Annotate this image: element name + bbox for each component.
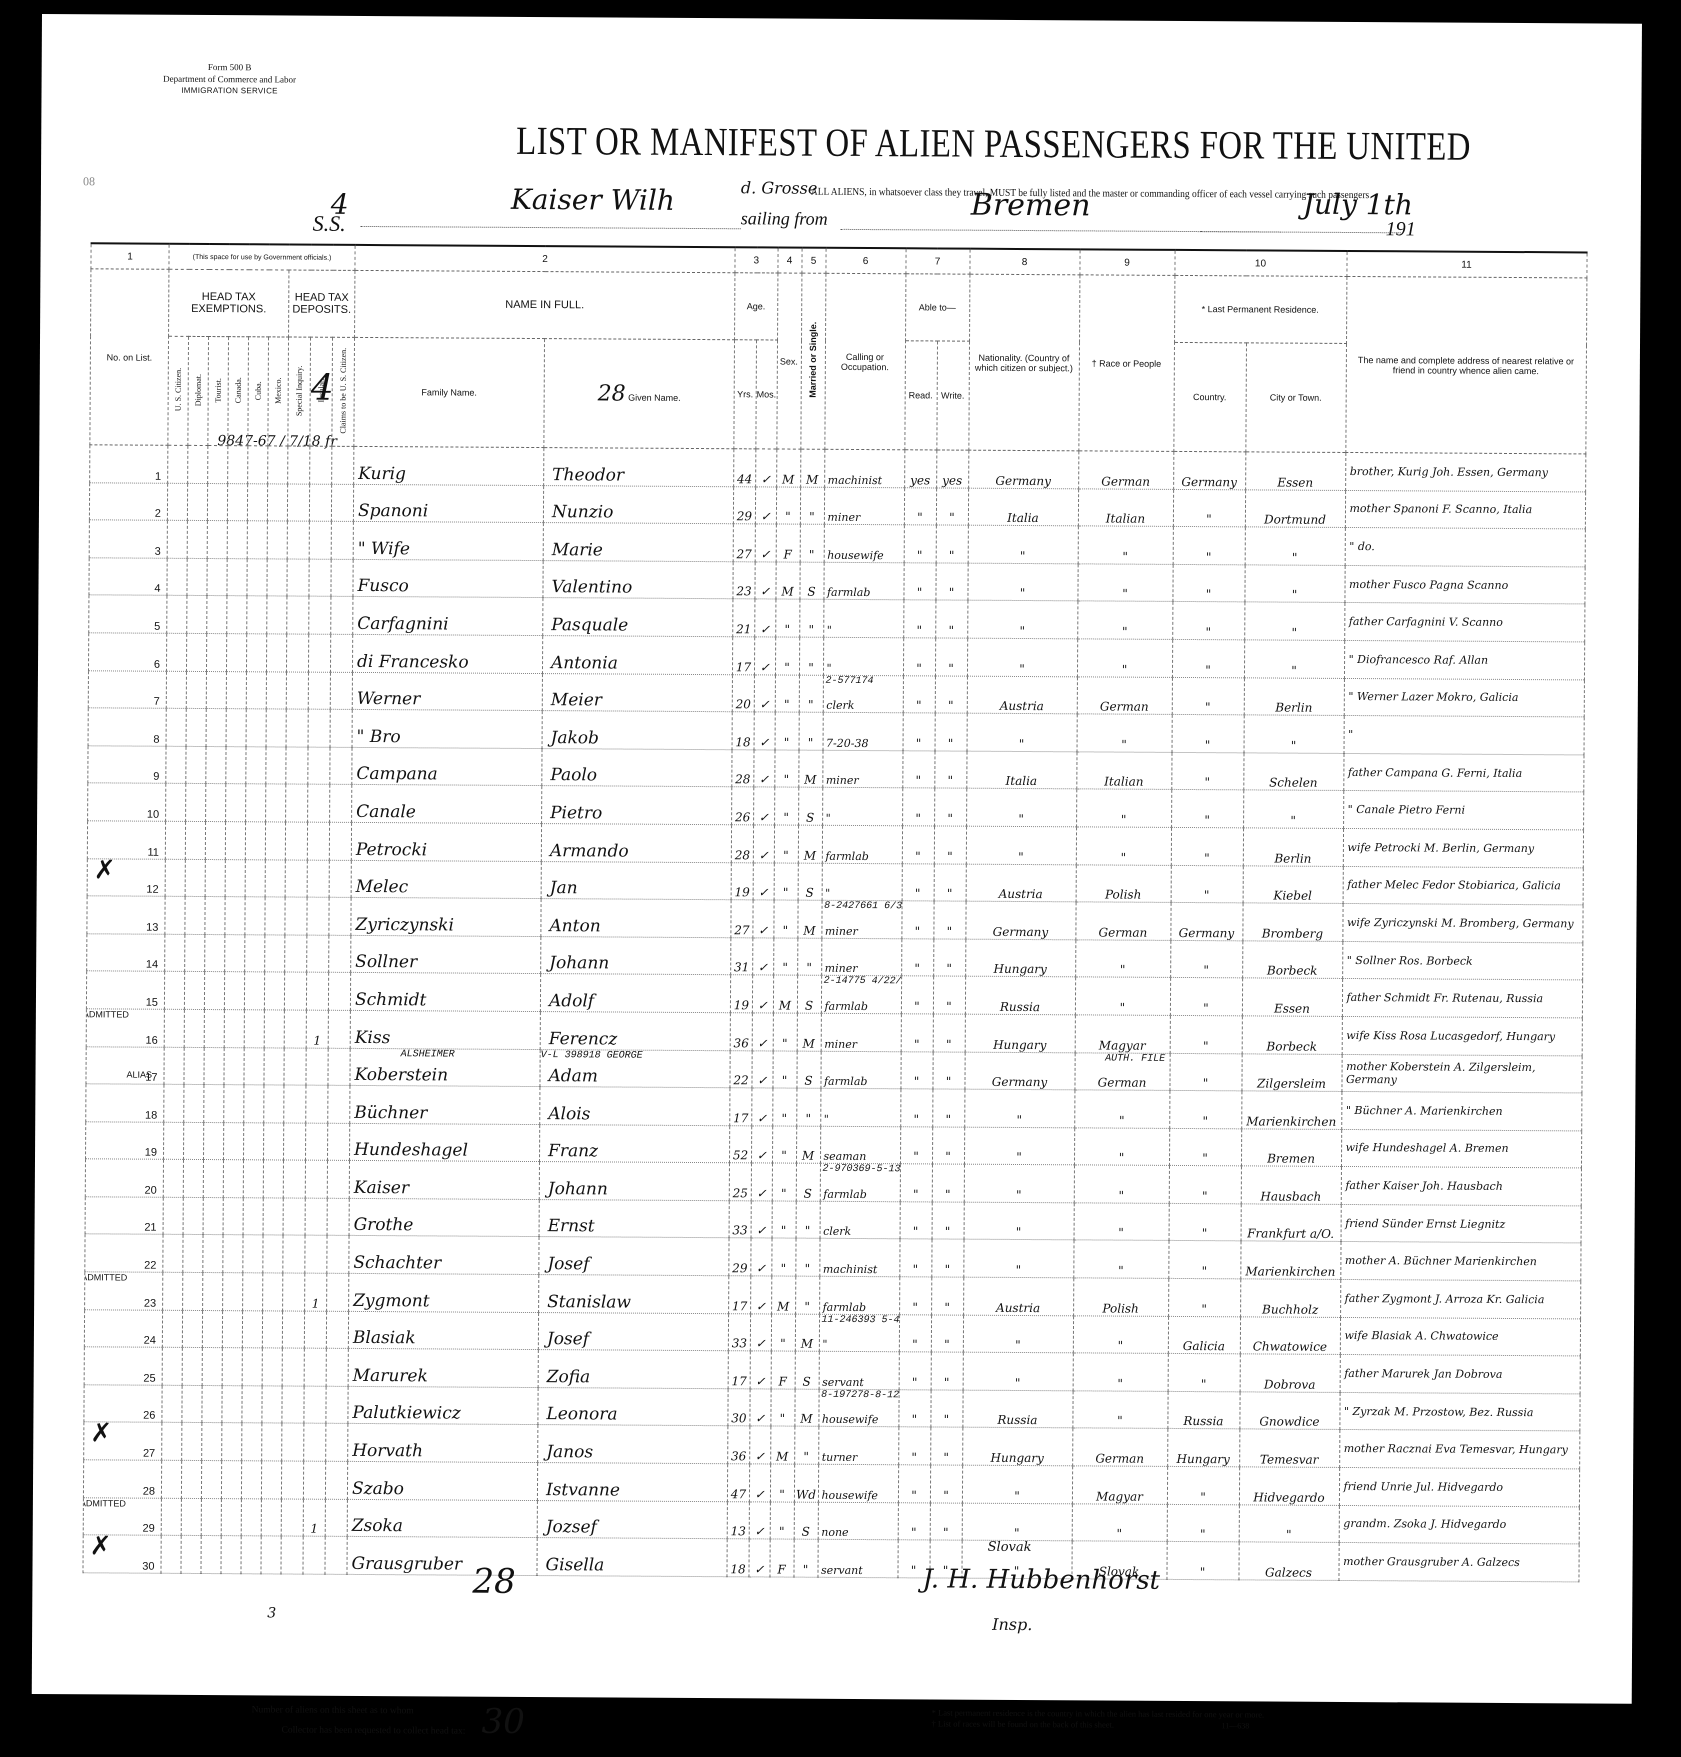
- exemption-cell: [206, 671, 226, 709]
- col-8: 8: [969, 249, 1079, 275]
- sex: ": [775, 637, 799, 675]
- exemption-cell: [183, 1235, 203, 1273]
- can-write: ": [935, 563, 967, 601]
- claims-citizen-cell: [329, 935, 351, 973]
- nearest-relative: grandm. Zsoka J. Hidvegardo: [1339, 1505, 1579, 1544]
- exemption-cell: [264, 1047, 284, 1085]
- special-inquiry-cell: [281, 1461, 303, 1499]
- can-write: ": [933, 901, 965, 939]
- race: German: [1075, 902, 1170, 940]
- residence-city: Berlin: [1243, 828, 1343, 866]
- nationality: Italia: [966, 751, 1076, 789]
- residence-city: Gnowdice: [1239, 1392, 1339, 1430]
- diplomat-header: Diplomat.: [188, 336, 209, 445]
- nearest-relative: " Büchner A. Marienkirchen: [1341, 1092, 1581, 1131]
- special-inquiry-cell: [282, 1423, 304, 1461]
- occupation: servant: [819, 1352, 899, 1390]
- exemption-cell: [181, 1460, 201, 1498]
- sex: M: [773, 975, 797, 1013]
- row-number: 24: [84, 1309, 162, 1347]
- nearest-relative: friend Unrie Jul. Hidvegardo: [1339, 1467, 1579, 1506]
- given-name: Zofia: [538, 1350, 728, 1389]
- nearest-relative: friend Sünder Ernst Liegnitz: [1341, 1204, 1581, 1243]
- exemption-cell: [166, 633, 186, 671]
- col-3: 3: [735, 247, 778, 273]
- exemption-cell: [203, 1235, 223, 1273]
- exemption-cell: [244, 1010, 264, 1048]
- family-name-header: Family Name.: [354, 337, 545, 447]
- sex: ": [772, 1088, 796, 1126]
- given-name: Valentino: [543, 560, 733, 599]
- exemption-cell: [167, 596, 187, 634]
- race: ": [1076, 789, 1171, 827]
- exemption-cell: [247, 559, 267, 597]
- marital-status: ": [795, 1276, 819, 1314]
- calling-header: Calling or Occupation.: [824, 273, 905, 449]
- residence-city: Berlin: [1244, 677, 1344, 715]
- special-inquiry-cell: [282, 1348, 304, 1386]
- given-name: Alois: [540, 1087, 730, 1126]
- family-name: Fusco: [353, 559, 543, 598]
- exemption-cell: [267, 483, 287, 521]
- exemption-cell: [202, 1423, 222, 1461]
- row-number: 26: [84, 1385, 162, 1423]
- nationality: Hungary: [962, 1428, 1072, 1466]
- nationality: Germany: [968, 450, 1078, 488]
- yrs-header: Yrs.: [734, 340, 757, 449]
- occupation: 2-14775 4/22/31 Rech 7/20/37farmlab: [821, 976, 901, 1014]
- no-on-list-header: No. on List.: [90, 269, 169, 445]
- can-read: ": [901, 1014, 933, 1052]
- occupation: machinist: [824, 449, 904, 487]
- nearest-relative: " do.: [1345, 528, 1585, 567]
- can-write: ": [931, 1352, 963, 1390]
- race: ": [1074, 1128, 1169, 1166]
- claims-citizen-cell: [328, 973, 350, 1011]
- can-write: ": [935, 638, 967, 676]
- insular-cell: [308, 672, 330, 710]
- exemption-cell: [186, 671, 206, 709]
- exemption-cell: [243, 1235, 263, 1273]
- age-months: ✓: [756, 449, 777, 487]
- marital-status: ": [794, 1427, 818, 1465]
- row-number: 13: [87, 896, 165, 934]
- occupation: miner: [821, 1013, 901, 1051]
- nearest-relative: mother Fusco Pagna Scanno: [1344, 565, 1584, 604]
- can-read: ": [899, 1314, 931, 1352]
- given-name: Jakob: [542, 711, 732, 750]
- residence-city: Frankfurt a/O.: [1241, 1204, 1341, 1242]
- city-header: City or Town.: [1245, 343, 1346, 453]
- exemption-cell: [246, 671, 266, 709]
- occupation: turner: [818, 1427, 898, 1465]
- can-read: ": [903, 563, 935, 601]
- special-inquiry-cell: [287, 559, 309, 597]
- age-months: ✓: [754, 787, 775, 825]
- exemption-cell: [163, 1235, 183, 1273]
- nearest-relative: wife Petrocki M. Berlin, Germany: [1343, 828, 1583, 867]
- exemption-cell: [223, 1235, 243, 1273]
- race: ": [1072, 1503, 1167, 1541]
- can-write: ": [930, 1390, 962, 1428]
- sex: M: [770, 1426, 794, 1464]
- exemption-cell: [265, 897, 285, 935]
- special-inquiry-cell: [282, 1386, 304, 1424]
- sex: ": [773, 1013, 797, 1051]
- occupation: machinist: [819, 1239, 899, 1277]
- exemption-cell: [224, 1085, 244, 1123]
- can-write: ": [930, 1465, 962, 1503]
- can-write: ": [936, 488, 968, 526]
- marital-status: S: [797, 975, 821, 1013]
- nearest-relative: " Canale Pietro Ferni: [1343, 791, 1583, 830]
- age-years: 36: [730, 1013, 752, 1051]
- can-read: ": [898, 1465, 930, 1503]
- given-name: Meier: [542, 673, 732, 712]
- claims-citizen-cell: [326, 1424, 348, 1462]
- gov-space-note: (This space for use by Government offici…: [169, 244, 355, 271]
- special-inquiry-cell: [286, 747, 308, 785]
- exemption-cell: [164, 1122, 184, 1160]
- residence-city: Galzecs: [1238, 1542, 1338, 1580]
- can-write: ": [932, 1202, 964, 1240]
- nationality: ": [963, 1352, 1073, 1390]
- given-name: Franz: [539, 1124, 729, 1163]
- family-name: Zsoka: [347, 1499, 537, 1538]
- exemption-cell: [162, 1310, 182, 1348]
- sailing-date: July 1th: [1303, 188, 1413, 222]
- exemption-cell: [162, 1348, 182, 1386]
- table-row: ✗30GrausgruberGisella18✓F"servant"""Slov…: [83, 1535, 1579, 1582]
- col-5: 5: [801, 248, 825, 274]
- claims-citizen-cell: [325, 1499, 347, 1537]
- family-name: Canale: [352, 785, 542, 824]
- nearest-relative: wife Hundeshagel A. Bremen: [1341, 1129, 1581, 1168]
- claims-citizen-cell: [330, 709, 352, 747]
- exemption-cell: [225, 897, 245, 935]
- family-name: Horvath: [348, 1424, 538, 1463]
- age-months: ✓: [751, 1126, 772, 1164]
- exemption-cell: [207, 596, 227, 634]
- special-inquiry-cell: [281, 1536, 303, 1574]
- exemption-cell: [164, 972, 184, 1010]
- can-write: ": [932, 1089, 964, 1127]
- age-years: 33: [729, 1201, 751, 1239]
- sex-header: Sex.: [776, 273, 801, 449]
- family-name: Sollner: [351, 935, 541, 974]
- exemption-cell: [187, 596, 207, 634]
- exemption-cell: [221, 1536, 241, 1574]
- family-name: Kurig: [354, 446, 544, 485]
- date-line: [1201, 231, 1401, 233]
- auth-file: AUTH. FILE 99398/918: [1105, 1053, 1170, 1065]
- can-read: ": [900, 1089, 932, 1127]
- insular-cell: [307, 935, 329, 973]
- occupation: housewife: [818, 1464, 898, 1502]
- exemption-cell: [266, 784, 286, 822]
- can-read: ": [900, 1126, 932, 1164]
- exemption-cell: [226, 746, 246, 784]
- residence-country: ": [1167, 1504, 1239, 1542]
- race: Magyar: [1075, 1015, 1170, 1053]
- exemption-cell: [182, 1385, 202, 1423]
- insular-header: Insular.4: [310, 337, 333, 446]
- exemption-cell: [201, 1536, 221, 1574]
- exemption-cell: [186, 633, 206, 671]
- col-11: 11: [1346, 251, 1586, 278]
- sex: ": [771, 1238, 795, 1276]
- special-inquiry-header: Special Inquiry.: [288, 337, 311, 446]
- exemption-cell: [203, 1160, 223, 1198]
- can-read: ": [899, 1239, 931, 1277]
- residence-city: Schelen: [1243, 753, 1343, 791]
- race: Italian: [1078, 488, 1173, 526]
- can-read: ": [902, 863, 934, 901]
- exemption-cell: [165, 821, 185, 859]
- can-read: ": [902, 751, 934, 789]
- sex: M: [776, 449, 800, 487]
- footer-line-1: Number of aliens on this sheet as to who…: [252, 1705, 414, 1716]
- exemption-cell: [201, 1461, 221, 1499]
- race: ": [1077, 639, 1172, 677]
- marital-status: S: [795, 1351, 819, 1389]
- family-name: Spanoni: [353, 484, 543, 523]
- age-years: 18: [732, 712, 754, 750]
- file-annotation: 2-14775 4/22/31 Rech 7/20/37: [824, 976, 902, 988]
- can-read: ": [899, 1277, 931, 1315]
- claims-citizen-cell: [326, 1349, 348, 1387]
- row-number: ADMITTED23: [85, 1272, 163, 1310]
- ship-name: Kaiser Wilh: [511, 183, 675, 217]
- given-name: Gisella: [537, 1538, 727, 1577]
- exemption-cell: [225, 822, 245, 860]
- can-write: ": [934, 751, 966, 789]
- exemption-cell: [185, 859, 205, 897]
- nationality: ": [964, 1127, 1074, 1165]
- exemption-cell: [241, 1536, 261, 1574]
- residence-country: ": [1167, 1466, 1239, 1504]
- nationality: Austria: [967, 676, 1077, 714]
- residence-city: Dobrova: [1240, 1354, 1340, 1392]
- exemption-cell: [227, 483, 247, 521]
- row-number: 10: [88, 783, 166, 821]
- nearest-relative: wife Blasiak A. Chwatowice: [1340, 1317, 1580, 1356]
- exemption-cell: [227, 558, 247, 596]
- race: ": [1072, 1391, 1167, 1429]
- residence-country: ": [1170, 978, 1242, 1016]
- insular-cell: [309, 484, 331, 522]
- sex: ": [776, 487, 800, 525]
- given-name: Pietro: [542, 786, 732, 825]
- marital-status: S: [796, 1051, 820, 1089]
- residence-city: ": [1244, 565, 1344, 603]
- special-inquiry-cell: [286, 709, 308, 747]
- insular-cell: [304, 1386, 326, 1424]
- exemption-cell: [167, 558, 187, 596]
- nationality: ": [967, 638, 1077, 676]
- row-number: 2: [89, 482, 167, 520]
- given-name: Istvanne: [537, 1463, 727, 1502]
- special-inquiry-cell: [286, 672, 308, 710]
- exemption-cell: [183, 1197, 203, 1235]
- age-years: 47: [727, 1464, 749, 1502]
- exemption-cell: [207, 521, 227, 559]
- occupation: farmlab: [819, 1276, 899, 1314]
- exemption-cell: [245, 897, 265, 935]
- exemption-cell: [263, 1235, 283, 1273]
- marital-status: ": [799, 675, 823, 713]
- claims-citizen-cell: [328, 1048, 350, 1086]
- col-4: 4: [777, 247, 801, 273]
- claims-citizen-cell: [329, 822, 351, 860]
- age-years: 30: [728, 1389, 750, 1427]
- row-number: ADMITTED29: [83, 1497, 161, 1535]
- exemption-cell: [262, 1386, 282, 1424]
- exemption-cell: [182, 1348, 202, 1386]
- claims-citizen-cell: [326, 1386, 348, 1424]
- residence-city: Marienkirchen: [1240, 1241, 1340, 1279]
- marital-status: ": [799, 712, 823, 750]
- marital-status: S: [798, 787, 822, 825]
- nationality: ": [966, 826, 1076, 864]
- exemption-cell: [246, 709, 266, 747]
- given-name: Adolf: [540, 974, 730, 1013]
- sex: F: [776, 524, 800, 562]
- exemption-cell: [225, 934, 245, 972]
- insular-cell: [303, 1536, 325, 1574]
- special-inquiry-cell: [287, 521, 309, 559]
- nationality: ": [963, 1315, 1073, 1353]
- family-name: " Bro: [352, 710, 542, 749]
- special-inquiry-cell: [284, 1123, 306, 1161]
- col-10: 10: [1174, 250, 1346, 277]
- family-name: Schachter: [349, 1236, 539, 1275]
- can-read: ": [903, 675, 935, 713]
- read-header: Read.: [904, 341, 937, 450]
- residence-city: Zilgersleim: [1241, 1053, 1341, 1091]
- row-number: 4: [89, 558, 167, 596]
- exemption-cell: [224, 1010, 244, 1048]
- sex: ": [770, 1502, 794, 1540]
- can-read: ": [900, 1051, 932, 1089]
- marital-status: S: [798, 863, 822, 901]
- nearest-relative: wife Zyriczynski M. Bromberg, Germany: [1342, 904, 1582, 943]
- residence-country: ": [1171, 865, 1243, 903]
- deposit-mark: 4: [311, 368, 333, 409]
- given-name: Nunzio: [543, 485, 733, 524]
- insular-cell: [304, 1348, 326, 1386]
- given-name: Johann: [539, 1162, 729, 1201]
- exemption-cell: [266, 709, 286, 747]
- age-years: 17: [728, 1351, 750, 1389]
- col-6: 6: [825, 248, 905, 274]
- admitted-stamp: ADMITTED: [85, 1272, 128, 1282]
- nearest-relative: father Kaiser Joh. Hausbach: [1341, 1167, 1581, 1206]
- given-name: Ferencz: [540, 1011, 730, 1050]
- can-write: ": [934, 863, 966, 901]
- claims-citizen-cell: [330, 672, 352, 710]
- mos-header: Mos.: [756, 340, 777, 449]
- sex: ": [770, 1464, 794, 1502]
- race-header: † Race or People: [1078, 275, 1174, 452]
- exemption-cell: [245, 822, 265, 860]
- exemption-cell: [266, 671, 286, 709]
- special-inquiry-cell: [286, 784, 308, 822]
- occupation: miner: [821, 938, 901, 976]
- exemption-cell: [242, 1386, 262, 1424]
- file-annotation: 8-2427661 6/30/41: [824, 901, 902, 913]
- age-months: ✓: [753, 825, 774, 863]
- occupation: servant: [817, 1539, 897, 1577]
- residence-country: ": [1170, 1015, 1242, 1053]
- row-number: 22: [85, 1234, 163, 1272]
- nationality: Hungary: [965, 939, 1075, 977]
- exemption-cell: [244, 972, 264, 1010]
- exemption-cell: [187, 521, 207, 559]
- row-number: 20: [85, 1159, 163, 1197]
- row-number: ADMITTED16: [86, 1009, 164, 1047]
- canada-header: Canada.: [228, 337, 249, 446]
- residence-country: ": [1168, 1278, 1240, 1316]
- residence-city: ": [1244, 602, 1344, 640]
- age-years: 33: [728, 1313, 750, 1351]
- nationality: Italia: [968, 488, 1078, 526]
- residence-city: ": [1244, 715, 1344, 753]
- file-annotation: 11-246393 5-4-40: [822, 1314, 900, 1326]
- row-number: ✗12: [87, 858, 165, 896]
- family-name: Szabo: [347, 1461, 537, 1500]
- marital-status: ": [800, 524, 824, 562]
- age-years: 27: [733, 524, 755, 562]
- age-months: ✓: [750, 1426, 771, 1464]
- special-inquiry-cell: [281, 1499, 303, 1537]
- exemption-cell: [184, 1122, 204, 1160]
- family-name: Zygmont: [349, 1273, 539, 1312]
- exemption-cell: [166, 708, 186, 746]
- exemption-cell: [164, 1084, 184, 1122]
- residence-city: Dortmund: [1245, 489, 1345, 527]
- race: ": [1074, 1090, 1169, 1128]
- sex: ": [774, 787, 798, 825]
- row-number: 21: [85, 1197, 163, 1235]
- exemption-cell: [184, 972, 204, 1010]
- occupation: 8-197278-8-12-40housewife: [818, 1389, 898, 1427]
- exemption-cell: [205, 934, 225, 972]
- occupation: housewife: [824, 524, 904, 562]
- marital-status: M: [796, 1126, 820, 1164]
- exemption-cell: [264, 1010, 284, 1048]
- exemption-cell: [222, 1310, 242, 1348]
- family-name: Kaiser: [349, 1161, 539, 1200]
- sex: ": [772, 1050, 796, 1088]
- exemption-cell: [261, 1536, 281, 1574]
- exemption-cell: [182, 1423, 202, 1461]
- exemption-cell: [167, 520, 187, 558]
- exemption-cell: [243, 1160, 263, 1198]
- cross-mark-icon: ✗: [90, 1422, 112, 1449]
- exemption-cell: [247, 483, 267, 521]
- country-header: Country.: [1173, 342, 1246, 451]
- special-inquiry-cell: [287, 484, 309, 522]
- age-months: ✓: [752, 975, 773, 1013]
- family-name: Marurek: [348, 1349, 538, 1388]
- form-identifier: Form 500 B Department of Commerce and La…: [129, 61, 329, 98]
- race: Italian: [1076, 752, 1171, 790]
- family-name: Campana: [352, 747, 542, 786]
- special-inquiry-cell: [285, 860, 307, 898]
- exemption-cell: [206, 709, 226, 747]
- exemption-cell: [223, 1198, 243, 1236]
